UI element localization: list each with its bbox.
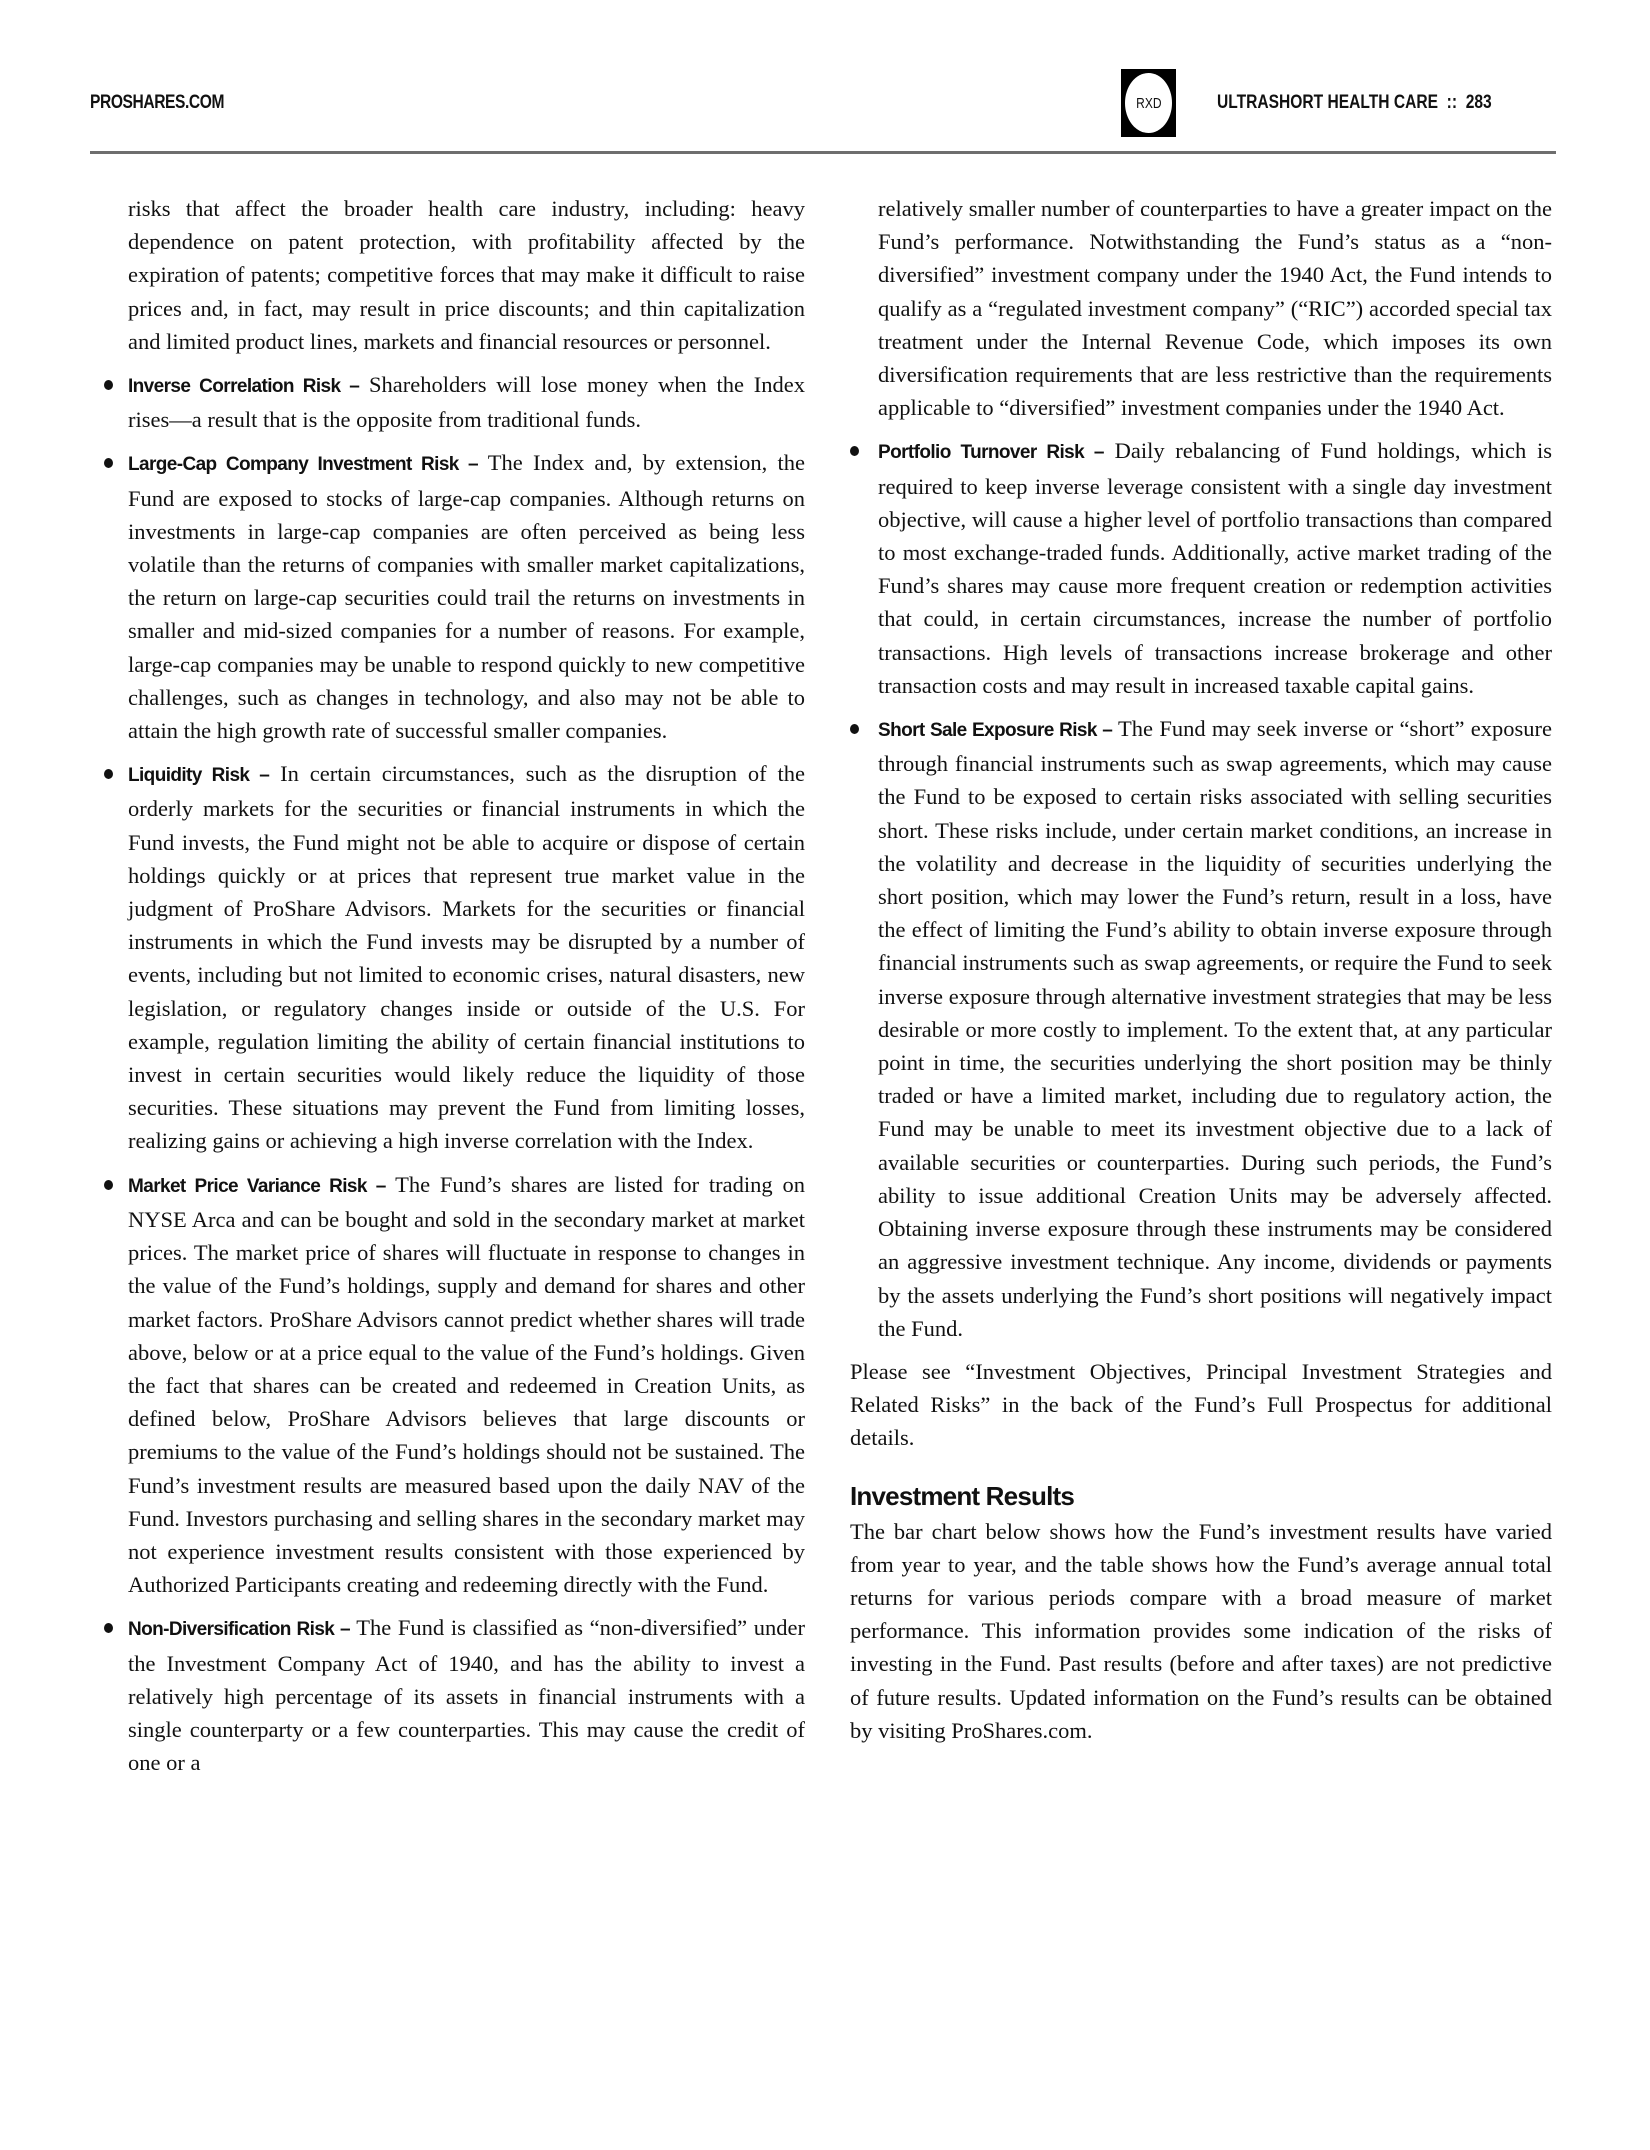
page-header: PROSHARES.COM RXD ULTRASHORT HEALTH CARE…: [0, 0, 1650, 160]
risk-item-large-cap: Large-Cap Company Investment Risk – The …: [104, 446, 805, 747]
risk-text: In certain circumstances, such as the di…: [128, 761, 805, 1153]
section-title-investment-results: Investment Results: [850, 1479, 1552, 1513]
risk-text: The Fund may seek inverse or “short” exp…: [878, 716, 1552, 1341]
continuation-paragraph: relatively smaller number of counterpart…: [850, 192, 1552, 424]
risk-item-market-price-variance: Market Price Variance Risk – The Fund’s …: [104, 1168, 805, 1602]
ticker-circle-icon: RXD: [1125, 73, 1172, 133]
title-separator: ::: [1447, 92, 1457, 113]
site-name: PROSHARES.COM: [90, 92, 224, 114]
risk-term: Market Price Variance Risk –: [128, 1176, 386, 1197]
risk-term: Non-Diversification Risk –: [128, 1619, 350, 1640]
see-also-paragraph: Please see “Investment Objectives, Princ…: [850, 1355, 1552, 1455]
bullet-icon: [104, 380, 113, 390]
risk-item-non-diversification: Non-Diversification Risk – The Fund is c…: [104, 1611, 805, 1779]
investment-results-paragraph: The bar chart below shows how the Fund’s…: [850, 1515, 1552, 1747]
ticker-symbol: RXD: [1136, 95, 1161, 112]
intro-paragraph: risks that affect the broader health car…: [104, 192, 805, 358]
fund-name: ULTRASHORT HEALTH CARE: [1217, 92, 1438, 113]
risk-term: Large-Cap Company Investment Risk –: [128, 454, 478, 475]
risk-text: The Fund’s shares are listed for trad­in…: [128, 1172, 805, 1597]
risk-term: Inverse Correlation Risk –: [128, 376, 359, 397]
bullet-icon: [104, 1180, 113, 1190]
bullet-icon: [104, 458, 113, 468]
bullet-icon: [104, 1623, 113, 1633]
fund-title: ULTRASHORT HEALTH CARE :: 283: [1217, 92, 1492, 114]
right-column: relatively smaller number of counterpart…: [850, 192, 1552, 1757]
ticker-badge: RXD: [1121, 69, 1176, 137]
risk-term: Short Sale Exposure Risk –: [878, 720, 1112, 741]
risk-item-short-sale-exposure: Short Sale Exposure Risk – The Fund may …: [850, 712, 1552, 1345]
bullet-icon: [850, 446, 859, 456]
bullet-icon: [104, 769, 113, 779]
header-divider: [90, 151, 1556, 154]
risk-text: The Index and, by extension, the Fund ar…: [128, 450, 805, 743]
risk-text: Daily rebalancing of Fund holdings, whic…: [878, 438, 1552, 697]
bullet-icon: [850, 724, 859, 734]
page-number: 283: [1466, 92, 1492, 113]
risk-item-liquidity: Liquidity Risk – In certain circumstance…: [104, 757, 805, 1157]
risk-term: Portfolio Turnover Risk –: [878, 442, 1104, 463]
risk-item-inverse-correlation: Inverse Correlation Risk – Shareholders …: [104, 368, 805, 436]
left-column: risks that affect the broader health car…: [104, 192, 805, 1789]
risk-term: Liquidity Risk –: [128, 765, 269, 786]
risk-item-portfolio-turnover: Portfolio Turnover Risk – Daily rebalanc…: [850, 434, 1552, 702]
